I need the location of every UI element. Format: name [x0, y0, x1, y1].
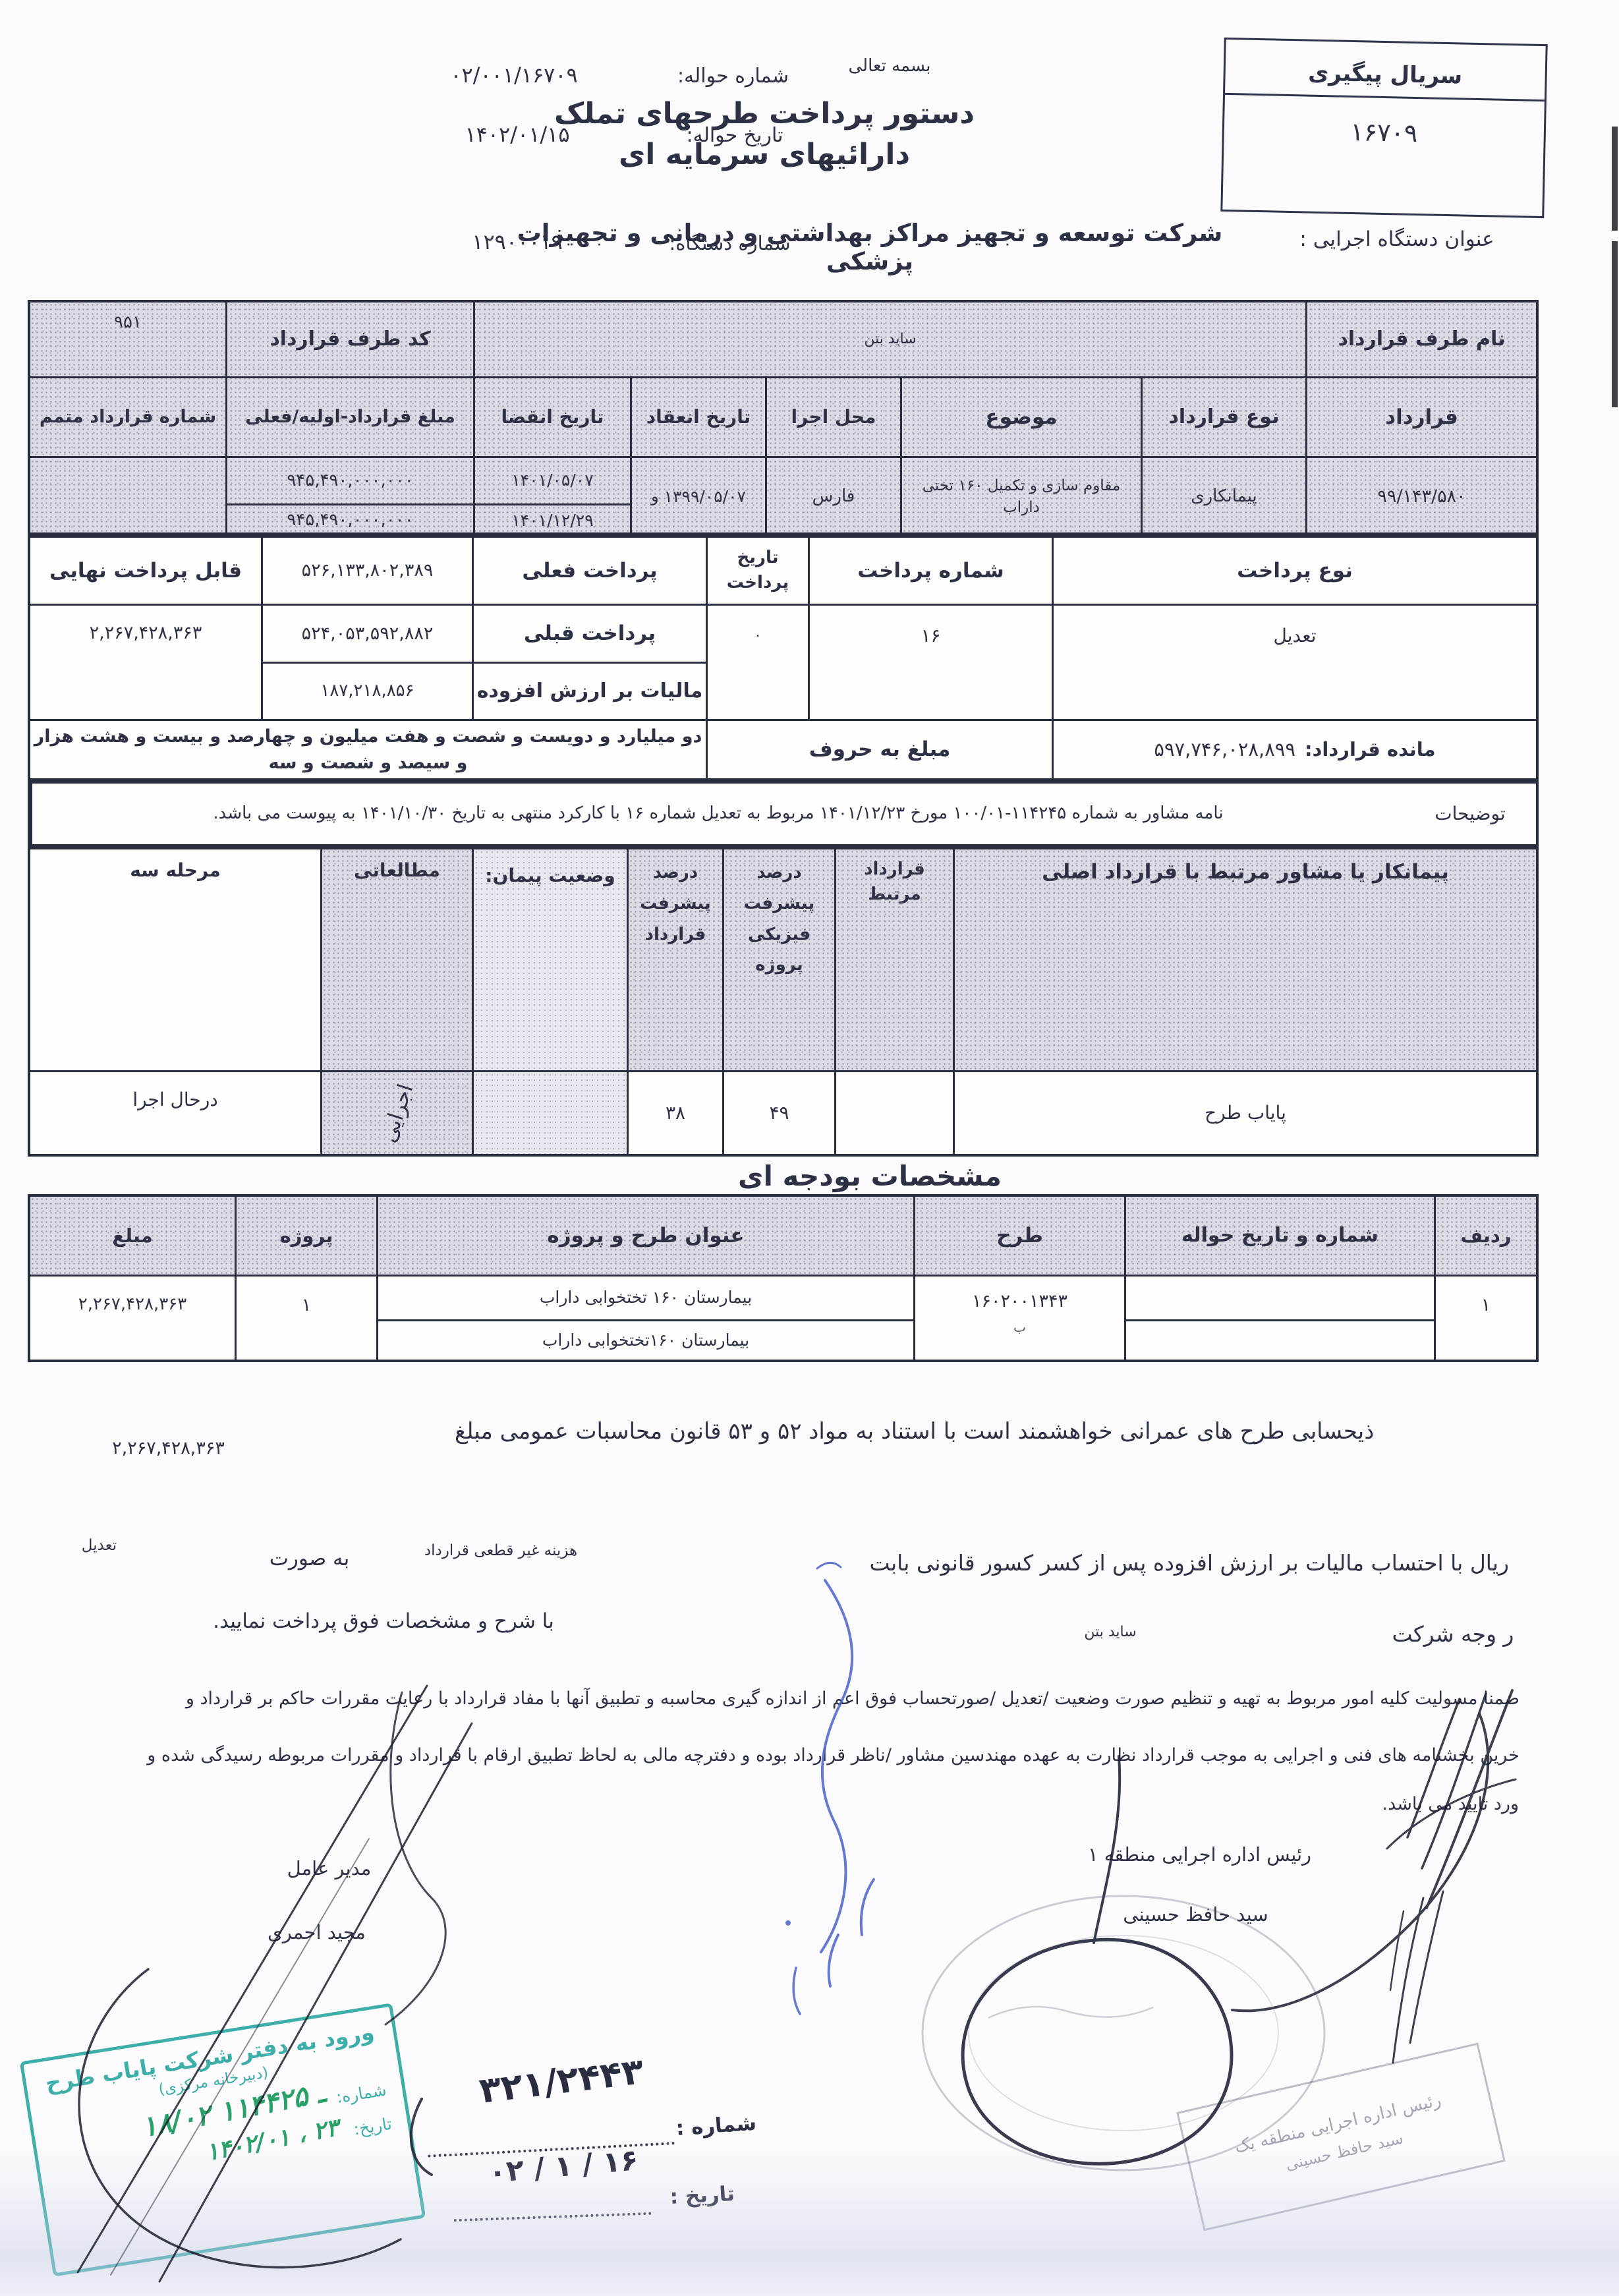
progress-table: پیمانکار یا مشاور مرتبط با قرارداد اصلی … — [28, 847, 1539, 1157]
signature-left-title: مدیر عامل — [265, 1857, 393, 1880]
budget-table: ردیف شماره و تاریخ حواله طرح عنوان طرح و… — [28, 1194, 1539, 1362]
contract-sign-date-value: ۱۳۹۹/۰۵/۰۷ — [664, 485, 746, 509]
notes-label: توضیحات — [1404, 784, 1536, 844]
progress-status-empty — [472, 1070, 627, 1154]
contract-col-expiry-date: تاریخ انقضا — [473, 376, 630, 456]
contract-supplement-empty — [30, 456, 225, 536]
payment-remaining: مانده قرارداد: ۵۹۷,۷۴۶,۰۲۸,۸۹۹ — [1052, 719, 1536, 778]
signature-right-name: سید حافظ حسینی — [1095, 1903, 1296, 1926]
progress-contract-pct-value: ۳۸ — [627, 1070, 722, 1154]
contract-amount-initial: ۹۴۵,۴۹۰,۰۰۰,۰۰۰ — [225, 456, 473, 503]
budget-hawala-empty-1 — [1124, 1275, 1434, 1319]
request-company: ساید بتن — [1064, 1624, 1156, 1640]
payment-vat-label: مالیات بر ارزش افزوده — [472, 662, 706, 719]
hw-date-label: تاریخ : — [655, 2182, 735, 2210]
signature-left-name: مجید احمری — [236, 1921, 397, 1943]
hw-no-label: شماره : — [670, 2111, 757, 2141]
request-closing: با شرح و مشخصات فوق پرداخت نمایید. — [212, 1609, 555, 1633]
contract-col-amount: مبلغ قرارداد-اولیه/فعلی — [225, 376, 473, 456]
entry-stamp-no-label: شماره: — [335, 2080, 387, 2107]
payment-words-label: مبلغ به حروف — [706, 719, 1052, 778]
contract-table: نام طرف قرارداد ساید بتن کد طرف قرارداد … — [28, 300, 1539, 535]
contract-col-supplement-no: شماره قرارداد متمم — [30, 376, 225, 456]
budget-plan-code: ۱۶۰۲۰۰۱۳۴۳ — [972, 1288, 1067, 1314]
contract-location: فارس — [765, 456, 900, 536]
progress-stage-label: مرحله سه — [30, 849, 320, 1070]
payment-current-label: پرداخت فعلی — [472, 538, 706, 604]
request-line2: ریال با احتساب مالیات بر ارزش افزوده پس … — [784, 1550, 1509, 1576]
budget-amount: ۲,۲۶۷,۴۲۸,۳۶۳ — [30, 1275, 235, 1360]
contract-col-contract: قرارداد — [1305, 376, 1536, 456]
agency-label: عنوان دستگاه اجرایی : — [1282, 227, 1512, 251]
payment-remaining-value: ۵۹۷,۷۴۶,۰۲۸,۸۹۹ — [1154, 735, 1295, 763]
progress-consultant-value: پایاب طرح — [953, 1070, 1536, 1154]
budget-project-title-1: بیمارستان ۱۶۰ تختخوابی داراب — [376, 1275, 913, 1319]
hawala-no-value: ۰۲/۰۰۱/۱۶۷۰۹ — [392, 63, 636, 88]
progress-col-related: قرارداد مرتبط — [834, 849, 953, 1070]
serial-label: سریال پیگیری — [1225, 40, 1546, 101]
progress-col-physical: درصد پیشرفت فیزیکی پروژه — [722, 849, 834, 1070]
contract-party-name: ساید بتن — [473, 302, 1305, 376]
contract-type: پیمانکاری — [1141, 456, 1305, 536]
payment-type-value: تعدیل — [1052, 604, 1536, 719]
device-no-value: ۱۲۹۰۰۰۱۹ — [409, 229, 626, 254]
progress-col-status: وضعیت پیمان: — [472, 849, 627, 1070]
budget-row-no: ۱ — [1434, 1275, 1536, 1360]
payment-col-date: تاریخ پرداخت — [706, 538, 808, 604]
contract-party-code-label: کد طرف قرارداد — [225, 302, 473, 376]
contract-party-name-label: نام طرف قرارداد — [1305, 302, 1536, 376]
budget-col-title: عنوان طرح و پروژه — [376, 1197, 913, 1275]
contract-sign-date-note: و — [651, 485, 659, 508]
device-no-label: شماره دستگاه: — [659, 232, 801, 254]
payment-date-value: ۰ — [706, 604, 808, 719]
contract-expiry-current: ۱۴۰۱/۱۲/۲۹ — [473, 503, 630, 536]
payment-remaining-label: مانده قرارداد: — [1305, 735, 1436, 763]
scanned-payment-order-page: سریال پیگیری ۱۶۷۰۹ بسمه تعالی دستور پردا… — [0, 0, 1619, 2296]
legal-line3: ورد تایید می باشد. — [1374, 1794, 1519, 1814]
contract-party-code: ۹۵۱ — [30, 302, 225, 376]
contract-col-subject: موضوع — [900, 376, 1141, 456]
legal-line1: ضمنا مسولیت کلیه امور مربوط به تهیه و تن… — [32, 1688, 1520, 1709]
payment-table: نوع پرداخت شماره پرداخت تاریخ پرداخت پرد… — [28, 535, 1539, 781]
budget-col-amount: مبلغ — [30, 1197, 235, 1275]
contract-subject: مقاوم سازی و تکمیل ۱۶۰ تختی داراب — [900, 456, 1141, 536]
budget-col-hawala: شماره و تاریخ حواله — [1124, 1197, 1434, 1275]
progress-consultant-header: پیمانکار یا مشاور مرتبط با قرارداد اصلی — [953, 849, 1536, 1070]
budget-project-title-2: بیمارستان ۱۶۰تختخوابی داراب — [376, 1319, 913, 1360]
budget-col-plan: طرح — [913, 1197, 1124, 1275]
payment-final-label: قابل پرداخت نهایی — [30, 538, 261, 604]
progress-study-value-text: اجرایی — [373, 1080, 420, 1147]
budget-plan-code-cell: ۱۶۰۲۰۰۱۳۴۳ ب — [913, 1275, 1124, 1360]
contract-col-type: نوع قرارداد — [1141, 376, 1305, 456]
notes-text: نامه مشاور به شماره ۱۱۴۲۴۵-۱۰۰/۰۱ مورخ ۱… — [30, 784, 1404, 844]
payment-final-value: ۲,۲۶۷,۴۲۸,۳۶۳ — [30, 604, 261, 719]
request-amount: ۲,۲۶۷,۴۲۸,۳۶۳ — [98, 1438, 239, 1458]
scan-edge-artifact-2 — [1612, 241, 1618, 407]
budget-plan-note: ب — [1013, 1318, 1026, 1337]
progress-col-contract-pct: درصد پیشرفت قرارداد — [627, 849, 722, 1070]
hawala-date-value: ۱۴۰۲/۰۱/۱۵ — [415, 122, 619, 147]
payment-vat-value: ۱۸۷,۲۱۸,۸۵۶ — [261, 662, 472, 719]
payment-previous-label: پرداخت قبلی — [472, 604, 706, 662]
payment-no-value: ۱۶ — [808, 604, 1052, 719]
hw-no-value: ۳۲۱/۲۴۴۳ — [428, 2044, 695, 2117]
payment-col-type: نوع پرداخت — [1052, 538, 1536, 604]
payment-col-no: شماره پرداخت — [808, 538, 1052, 604]
progress-col-study: مطالعاتی — [320, 849, 472, 1070]
budget-col-project: پروژه — [235, 1197, 376, 1275]
progress-stage-value: درحال اجرا — [30, 1070, 320, 1154]
scan-edge-artifact-1 — [1612, 127, 1618, 231]
bismillah: بسمه تعالی — [814, 56, 965, 76]
progress-physical-value: ۴۹ — [722, 1070, 834, 1154]
serial-value: ۱۶۷۰۹ — [1224, 115, 1544, 150]
progress-study-value: اجرایی — [320, 1070, 472, 1154]
notes-row: توضیحات نامه مشاور به شماره ۱۱۴۲۴۵-۱۰۰/۰… — [28, 781, 1539, 847]
entry-stamp-date-label: تاریخ: — [353, 2114, 393, 2139]
budget-title: مشخصات بودجه ای — [712, 1160, 1028, 1192]
request-as-label: به صورت — [252, 1547, 367, 1570]
payment-current-value: ۵۲۶,۱۳۳,۸۰۲,۳۸۹ — [261, 538, 472, 604]
payment-previous-value: ۵۲۴,۰۵۳,۵۹۲,۸۸۲ — [261, 604, 472, 662]
contract-no: ۹۹/۱۴۳/۵۸۰ — [1305, 456, 1536, 536]
contract-sign-date: ۱۳۹۹/۰۵/۰۷ و — [630, 456, 765, 536]
entry-stamp: ورود به دفتر شرکت پایاب طرح (دبیرخانه مر… — [20, 2003, 426, 2276]
contract-col-sign-date: تاریخ انعقاد — [630, 376, 765, 456]
budget-hawala-empty-2 — [1124, 1319, 1434, 1360]
request-pay-to: ر وجه شرکت — [1390, 1621, 1516, 1647]
serial-box: سریال پیگیری ۱۶۷۰۹ — [1220, 38, 1547, 218]
legal-line2: خرین بخشنامه های فنی و اجرایی به موجب قر… — [16, 1745, 1520, 1765]
faint-office-stamp: رئیس اداره اجرایی منطقه یک سید حافظ حسین… — [1176, 2043, 1506, 2231]
payment-amount-words: دو میلیارد و دویست و شصت و هفت میلیون و … — [30, 719, 706, 778]
contract-col-location: محل اجرا — [765, 376, 900, 456]
budget-project-no: ۱ — [235, 1275, 376, 1360]
progress-related-empty — [834, 1070, 953, 1154]
contract-amount-current: ۹۴۵,۴۹۰,۰۰۰,۰۰۰ — [225, 503, 473, 536]
budget-col-row: ردیف — [1434, 1197, 1536, 1275]
hawala-date-label: تاریخ حواله: — [666, 124, 804, 147]
request-expense-note: هزینه غیر قطعی قرارداد — [415, 1542, 586, 1559]
contract-expiry-initial: ۱۴۰۱/۰۵/۰۷ — [473, 456, 630, 503]
request-line1: ذیحسابی طرح های عمرانی خواهشمند است با ا… — [455, 1418, 1377, 1445]
hawala-no-label: شماره حواله: — [662, 65, 804, 88]
request-as-value: تعدیل — [58, 1537, 140, 1554]
signature-right-title: رئیس اداره اجرایی منطقه ۱ — [1073, 1843, 1326, 1866]
